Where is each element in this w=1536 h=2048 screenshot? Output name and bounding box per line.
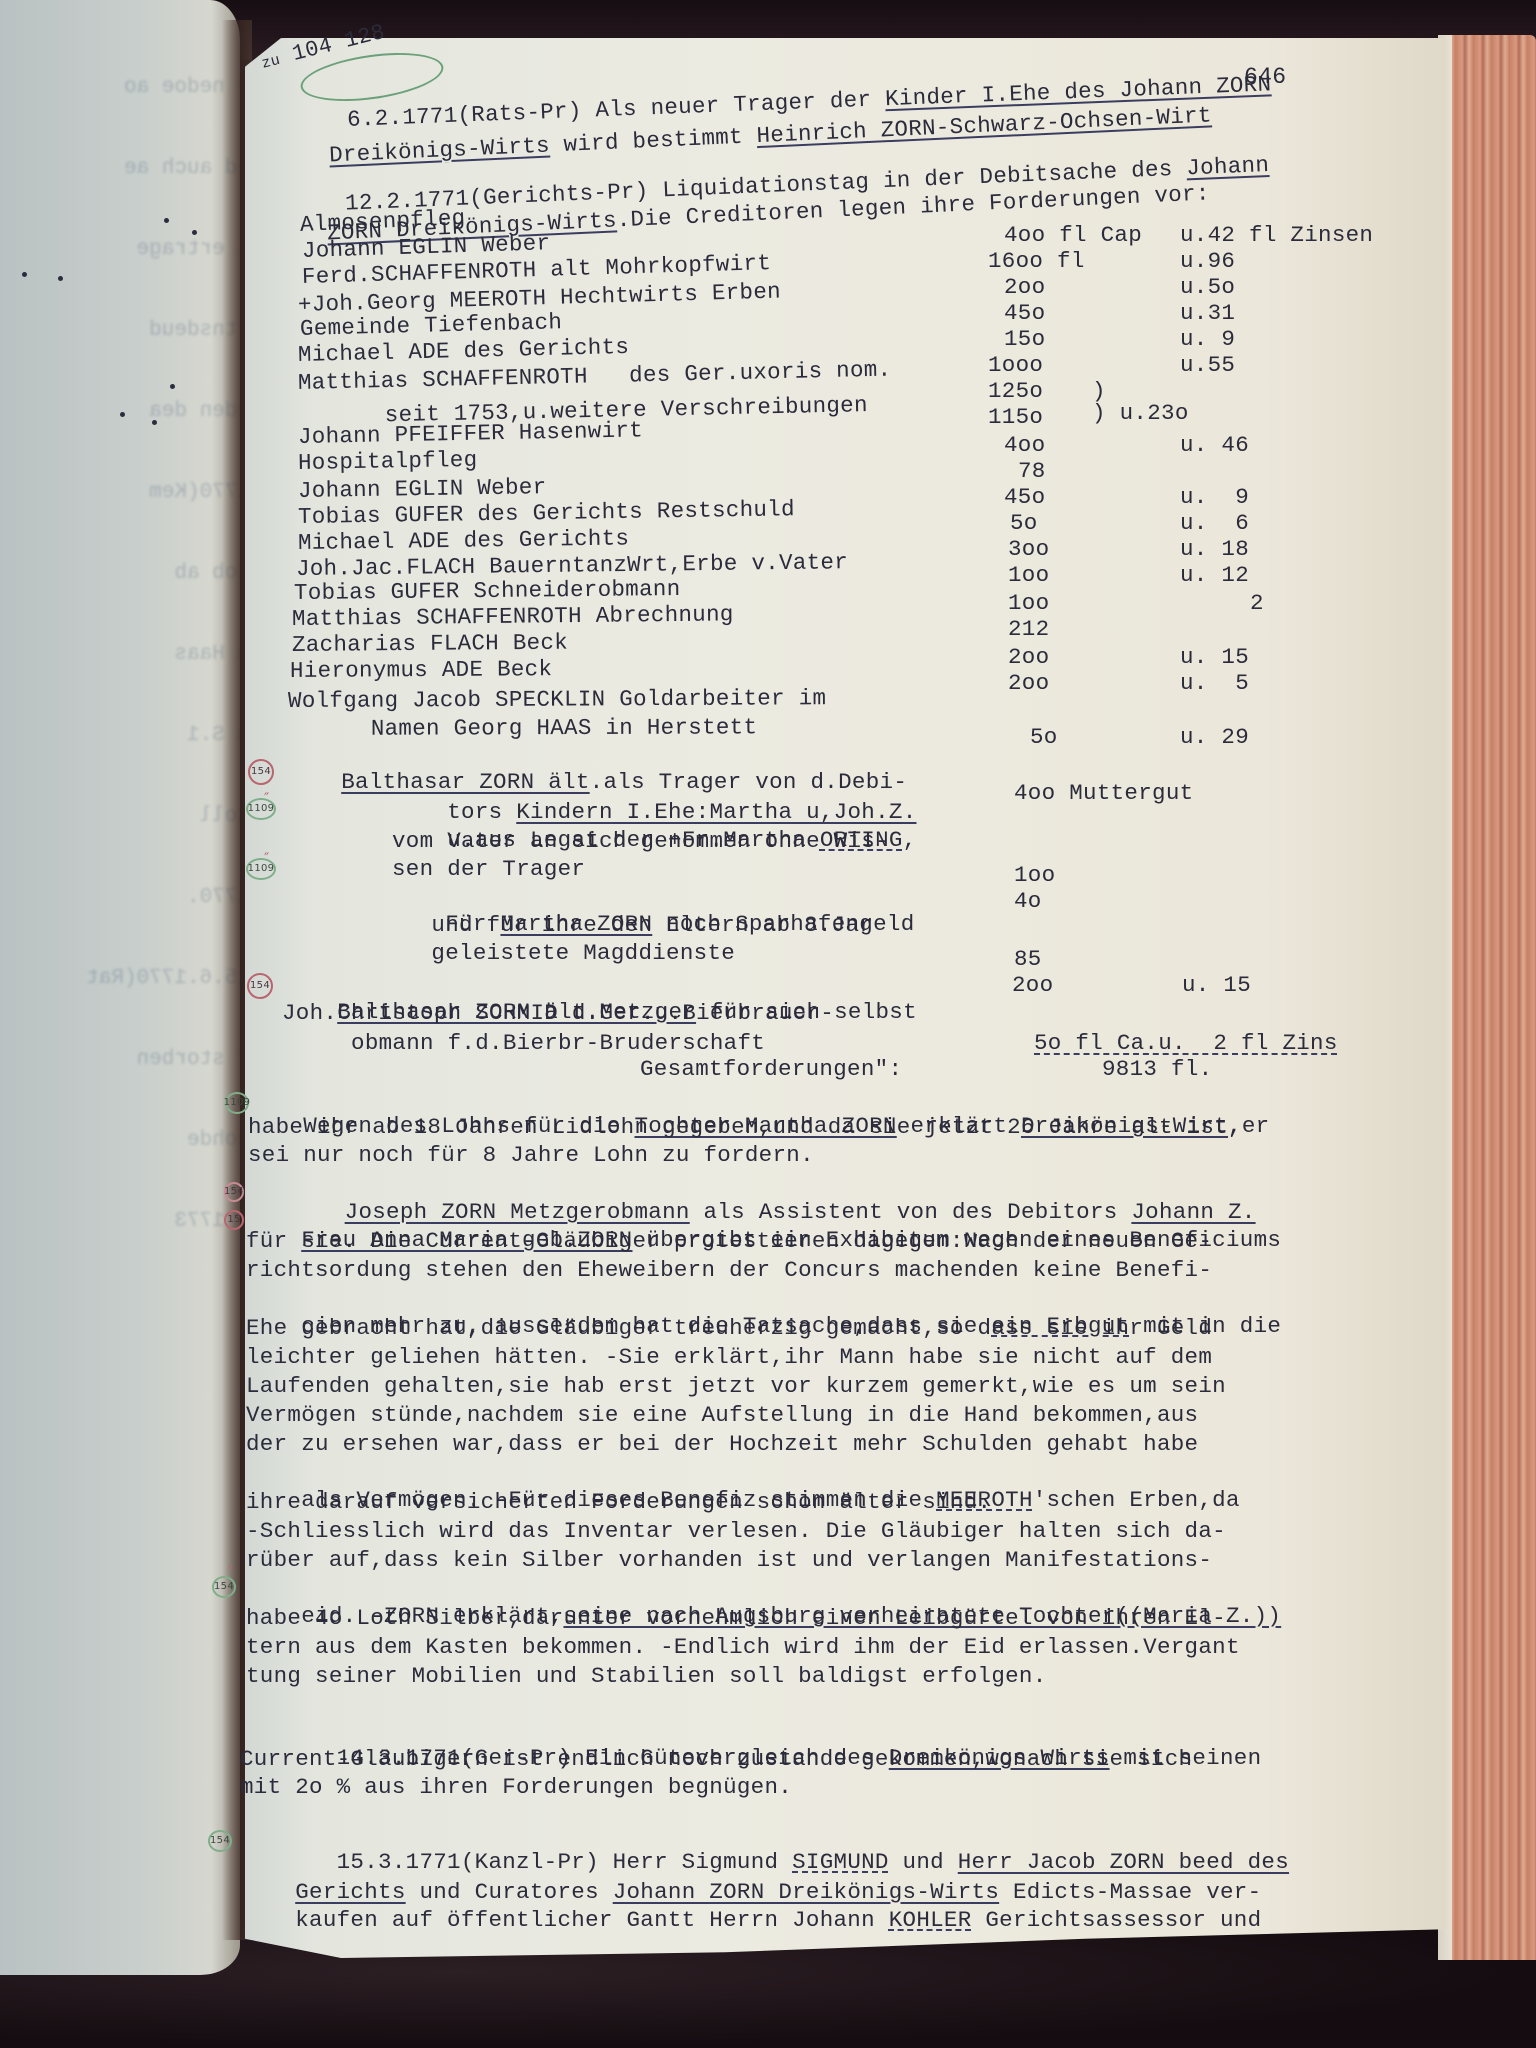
balthasar-line-7: und für ihre den Eltern ab 8.Jar — [390, 912, 873, 939]
balthasar-interest: u. 15 — [1182, 972, 1251, 999]
creditor-amount: 2oo — [1008, 644, 1049, 671]
text: mit 2o % aus ihren Forderungen begnügen. — [240, 1774, 792, 1800]
text: richtsordung stehen den Eheweibern der C… — [246, 1257, 1212, 1283]
text: 'schen Erben,da — [1033, 1487, 1240, 1513]
text: -Schliesslich wird das Inventar verlesen… — [246, 1518, 1226, 1544]
text: tern aus dem Kasten bekommen. -Endlich w… — [246, 1634, 1240, 1660]
creditor-name: des Ger.uxoris nom. — [587, 357, 891, 390]
creditor-amount: 1oo — [1008, 590, 1049, 617]
paragraph-line: -Schliesslich wird das Inventar verlesen… — [246, 1518, 1226, 1545]
creditor-interest: u. 9 — [1180, 484, 1249, 511]
margin-reference-icon: 15 — [224, 1210, 244, 1230]
text: ihre darauf versicherten Forderungen sch… — [246, 1489, 991, 1515]
creditor-amount: 125o — [988, 378, 1043, 405]
paragraph-line: ihre darauf versicherten Forderungen sch… — [246, 1489, 991, 1516]
ref-b: 128 — [342, 20, 387, 54]
text: habe 4o Loth Silber,darunter vornehmlich… — [246, 1605, 1226, 1631]
tick-mark-icon: ″ — [228, 1560, 234, 1587]
text: vom Vater an sich genommen ohne Wis- — [392, 828, 889, 854]
creditor-interest: u. 12 — [1180, 562, 1249, 589]
creditor-amount: 1ooo — [988, 352, 1043, 379]
creditor-interest: u. 9 — [1180, 326, 1235, 353]
paragraph-line: habe ihr ab 18 Jahren Lidlohn gegeben,un… — [248, 1114, 1242, 1141]
balthasar-line-5: sen der Trager — [392, 856, 585, 883]
creditor-interest: u. 5 — [1180, 670, 1249, 697]
ref-prefix: zu — [260, 52, 282, 73]
creditor-name: Matthias SCHAFFENROTH — [298, 363, 588, 396]
paragraph-line: für sie. Die Current-Gläubiger protestie… — [246, 1228, 1212, 1255]
creditor-name: Michael ADE des Gerichts — [298, 525, 630, 556]
schmid-line-2: obmann f.d.Bierbr-Bruderschaft — [282, 1030, 765, 1057]
creditor-amount: 212 — [1008, 616, 1049, 643]
creditor-interest: u.42 fl Zinsen — [1180, 222, 1373, 249]
creditor-amount: 45o — [1004, 300, 1045, 327]
margin-reference-icon: 154 — [208, 1830, 232, 1852]
creditor-interest: u. 6 — [1180, 510, 1249, 537]
creditor-name: Zacharias FLACH Beck — [292, 630, 568, 658]
text: geleistete Magddienste — [390, 940, 735, 966]
paragraph-line: Vermögen stünde,nachdem sie eine Aufstel… — [246, 1402, 1198, 1429]
margin-reference-icon: 1109 — [225, 1092, 249, 1114]
text: tung seiner Mobilien und Stabilien soll … — [246, 1663, 1047, 1689]
total-value: 9813 fl. — [1102, 1056, 1212, 1083]
text: Ehe gebracht hat,die Gläubiger treuherzi… — [246, 1315, 1212, 1341]
creditor-interest: u.55 — [1180, 352, 1235, 379]
creditor-interest: u.31 — [1180, 300, 1235, 327]
creditor-amount: 45o — [1004, 484, 1045, 511]
balthasar-amount: 4oo Muttergut — [1014, 780, 1193, 807]
text: obmann f.d.Bierbr-Bruderschaft — [282, 1030, 765, 1056]
creditor-amount: 16oo fl — [988, 248, 1085, 275]
ref-a: 104 — [290, 33, 335, 67]
tick-mark-icon: ″ — [264, 786, 270, 813]
balthasar-amount: 1oo — [1014, 862, 1055, 889]
text: sen der Trager — [392, 856, 585, 882]
creditor-amount: 4oo — [1004, 432, 1045, 459]
margin-reference-icon: 154 — [248, 759, 274, 785]
paragraph-line: richtsordung stehen den Eheweibern der C… — [246, 1257, 1212, 1284]
text: habe ihr ab 18 Jahren Lidlohn gegeben,un… — [248, 1114, 1242, 1140]
creditor-row: Zacharias FLACH Beck — [292, 630, 568, 659]
creditor-interest: u.5o — [1180, 274, 1235, 301]
creditor-interest: ) u.23o — [1092, 400, 1189, 427]
paragraph-line: habe 4o Loth Silber,darunter vornehmlich… — [246, 1605, 1226, 1632]
balthasar-amount: 2oo — [1012, 972, 1053, 999]
creditor-amount: 5o — [1030, 724, 1058, 751]
creditor-amount: 115o — [988, 404, 1043, 431]
paragraph-line: tern aus dem Kasten bekommen. -Endlich w… — [246, 1634, 1240, 1661]
text: leichter geliehen hätten. -Sie erklärt,i… — [246, 1344, 1212, 1370]
text: Gerichtsassessor und — [972, 1907, 1262, 1933]
creditor-row: Hospitalpfleg — [298, 447, 478, 477]
paragraph-line: Ehe gebracht hat,die Gläubiger treuherzi… — [246, 1315, 1212, 1342]
creditor-row: Johann PFEIFFER Hasenwirt — [298, 417, 644, 450]
paragraph-line: Laufenden gehalten,sie hab erst jetzt vo… — [246, 1373, 1226, 1400]
text: Joh.Christoph SCHMID d.Ger.u.Bierbrauer- — [282, 1000, 834, 1026]
text: rüber auf,dass kein Silber vorhanden ist… — [246, 1547, 1212, 1573]
balthasar-amount: 85 — [1014, 946, 1042, 973]
margin-reference-icon: 1109 — [246, 798, 276, 820]
creditor-name: Hospitalpfleg — [298, 447, 478, 476]
creditor-amount: 2oo — [1004, 274, 1045, 301]
underlined-text: KOHLER — [889, 1907, 972, 1933]
creditor-interest: 2 — [1250, 590, 1264, 617]
creditor-amount: 3oo — [1008, 536, 1049, 563]
creditor-name: Matthias SCHAFFENROTH Abrechnung — [292, 601, 734, 632]
schmid-amount: 5o fl Ca.u. 2 fl Zins — [1034, 1030, 1338, 1057]
balthasar-line-8: geleistete Magddienste — [390, 940, 735, 967]
creditor-interest: u.96 — [1180, 248, 1235, 275]
schmid-line-1: Joh.Christoph SCHMID d.Ger.u.Bierbrauer- — [282, 1000, 834, 1027]
balthasar-amount: 4o — [1014, 888, 1042, 915]
text: Current-Gläubigern ist endlich noch zust… — [240, 1746, 1192, 1772]
creditor-row: Matthias SCHAFFENROTH Abrechnung — [292, 601, 734, 632]
creditor-row: Wolfgang Jacob SPECKLIN Goldarbeiter im — [288, 685, 826, 714]
creditor-name: Namen Georg HAAS in Herstett — [288, 714, 757, 742]
typewritten-text: zu 104 128 646 6.2.1771(Rats-Pr) Als neu… — [0, 0, 1536, 2048]
text: für sie. Die Current-Gläubiger protestie… — [246, 1228, 1212, 1254]
creditor-interest: u. 29 — [1180, 724, 1249, 751]
text: Laufenden gehalten,sie hab erst jetzt vo… — [246, 1373, 1226, 1399]
creditor-name: Wolfgang Jacob SPECKLIN Goldarbeiter im — [288, 685, 826, 714]
text: der zu ersehen war,dass er bei der Hochz… — [246, 1431, 1198, 1457]
creditor-name: Johann EGLIN Weber — [298, 474, 547, 504]
paragraph-line: leichter geliehen hätten. -Sie erklärt,i… — [246, 1344, 1212, 1371]
creditor-amount: 2oo — [1008, 670, 1049, 697]
paragraph-line: rüber auf,dass kein Silber vorhanden ist… — [246, 1547, 1212, 1574]
creditor-interest: u. 15 — [1180, 644, 1249, 671]
text: Vermögen stünde,nachdem sie eine Aufstel… — [246, 1402, 1198, 1428]
creditor-amount: 1oo — [1008, 562, 1049, 589]
creditor-amount: 78 — [1018, 458, 1046, 485]
creditor-name: Johann PFEIFFER Hasenwirt — [298, 417, 643, 450]
total-label: Gesamtforderungen": — [640, 1056, 902, 1083]
text: und für ihre den Eltern ab 8.Jar — [390, 912, 873, 938]
creditor-amount: 4oo fl Cap — [1004, 222, 1142, 249]
balthasar-line-4: vom Vater an sich genommen ohne Wis- — [392, 828, 889, 855]
margin-reference-icon: 1109 — [246, 858, 276, 880]
text: , — [903, 827, 917, 853]
paragraph-line: der zu ersehen war,dass er bei der Hochz… — [246, 1431, 1198, 1458]
paragraph-line: Current-Gläubigern ist endlich noch zust… — [240, 1746, 1192, 1773]
paragraph-line: kaufen auf öffentlicher Gantt Herrn Joha… — [240, 1880, 1261, 1960]
margin-reference-icon: 154 — [224, 1182, 244, 1202]
creditor-interest: u. 18 — [1180, 536, 1249, 563]
creditor-interest: u. 46 — [1180, 432, 1249, 459]
tick-mark-icon: ″ — [264, 846, 270, 873]
creditor-amount: 15o — [1004, 326, 1045, 353]
paragraph-line: tung seiner Mobilien und Stabilien soll … — [246, 1663, 1047, 1690]
text: sei nur noch für 8 Jahre Lohn zu fordern… — [248, 1142, 814, 1168]
paragraph-line: mit 2o % aus ihren Forderungen begnügen. — [240, 1774, 792, 1801]
text: kaufen auf öffentlicher Gantt Herrn Joha… — [295, 1907, 889, 1933]
creditor-row: Hieronymus ADE Beck — [290, 656, 552, 684]
paragraph-line: sei nur noch für 8 Jahre Lohn zu fordern… — [248, 1142, 814, 1169]
creditor-name: Tobias GUFER Schneiderobmann — [294, 576, 681, 606]
creditor-row: Namen Georg HAAS in Herstett — [288, 714, 757, 742]
creditor-amount: 5o — [1010, 510, 1038, 537]
margin-reference-icon: 154 — [247, 973, 273, 999]
creditor-name: Hieronymus ADE Beck — [290, 656, 552, 684]
